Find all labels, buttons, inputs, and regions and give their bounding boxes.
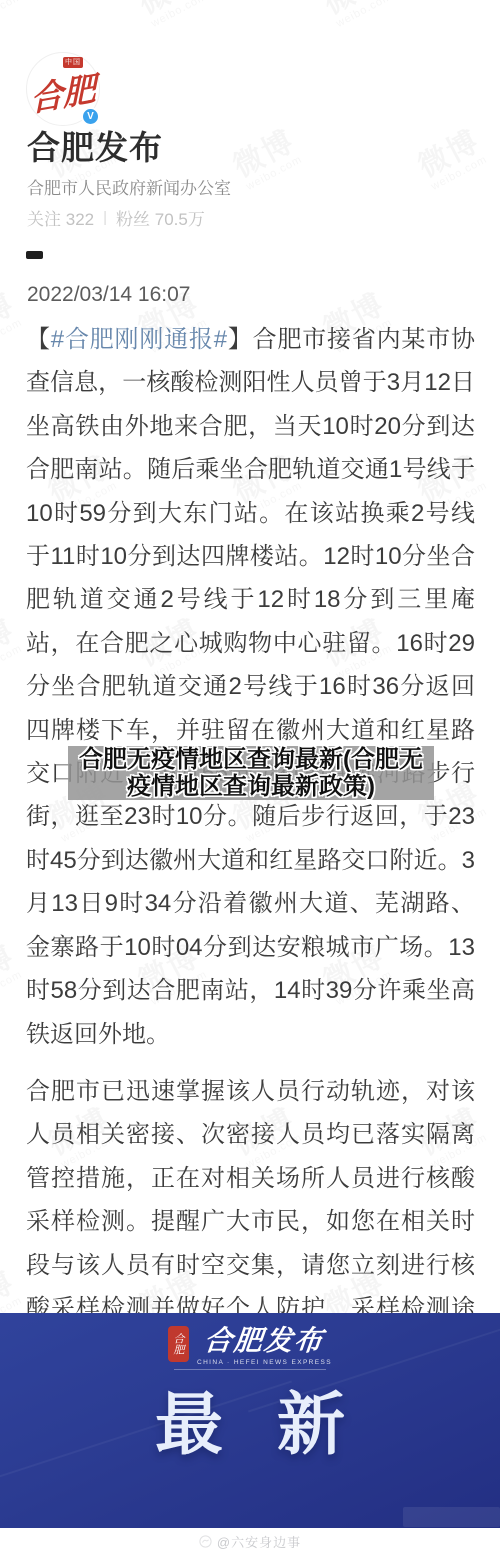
banner-brand-tagline: CHINA · HEFEI NEWS EXPRESS bbox=[197, 1359, 332, 1366]
post-body: 【#合肥刚刚通报#】合肥市接省内某市协查信息，一核酸检测阳性人员曾于3月12日坐… bbox=[26, 318, 475, 1417]
banner-logo-row: 合肥 合肥发布 CHINA · HEFEI NEWS EXPRESS bbox=[0, 1326, 500, 1366]
collapsed-content-dash bbox=[26, 251, 43, 259]
news-banner: 合肥 合肥发布 CHINA · HEFEI NEWS EXPRESS 最 新 bbox=[0, 1313, 500, 1528]
headline-char: 新 bbox=[277, 1381, 345, 1469]
headline-char: 最 bbox=[155, 1381, 223, 1469]
banner-brand-name: 合肥发布 bbox=[203, 1326, 326, 1357]
hashtag-link[interactable]: #合肥刚刚通报# bbox=[51, 326, 227, 353]
credit-text: @六安身边事 bbox=[217, 1532, 301, 1551]
banner-seal-logo: 合肥 bbox=[168, 1326, 189, 1362]
banner-brand: 合肥发布 CHINA · HEFEI NEWS EXPRESS bbox=[197, 1326, 332, 1366]
post-paragraph-1: 【#合肥刚刚通报#】合肥市接省内某市协查信息，一核酸检测阳性人员曾于3月12日坐… bbox=[26, 318, 475, 1056]
banner-watermark-box bbox=[403, 1507, 500, 1527]
bracket-close: 】 bbox=[227, 326, 253, 353]
account-name[interactable]: 合肥发布 bbox=[27, 122, 163, 169]
avatar[interactable]: 合肥 中国 V bbox=[26, 52, 100, 126]
followers-count[interactable]: 粉丝 70.5万 bbox=[116, 205, 205, 230]
footer-strip: @六安身边事 bbox=[0, 1528, 500, 1554]
following-count[interactable]: 关注 322 bbox=[27, 205, 94, 230]
stats-divider: | bbox=[103, 209, 107, 226]
account-subtitle: 合肥市人民政府新闻办公室 bbox=[27, 174, 231, 199]
ok-gesture-icon bbox=[199, 1535, 212, 1548]
post-timestamp: 2022/03/14 16:07 bbox=[27, 283, 191, 307]
bracket-open: 【 bbox=[26, 326, 51, 353]
avatar-china-seal: 中国 bbox=[63, 57, 83, 68]
account-stats: 关注 322 | 粉丝 70.5万 bbox=[27, 205, 205, 230]
banner-headline: 最 新 bbox=[0, 1381, 500, 1469]
paragraph-1-text: 合肥市接省内某市协查信息，一核酸检测阳性人员曾于3月12日坐高铁由外地来合肥，当… bbox=[26, 326, 475, 1048]
seo-overlay-title: 合肥无疫情地区查询最新(合肥无疫情地区查询最新政策) bbox=[68, 746, 434, 800]
banner-divider bbox=[174, 1369, 326, 1370]
